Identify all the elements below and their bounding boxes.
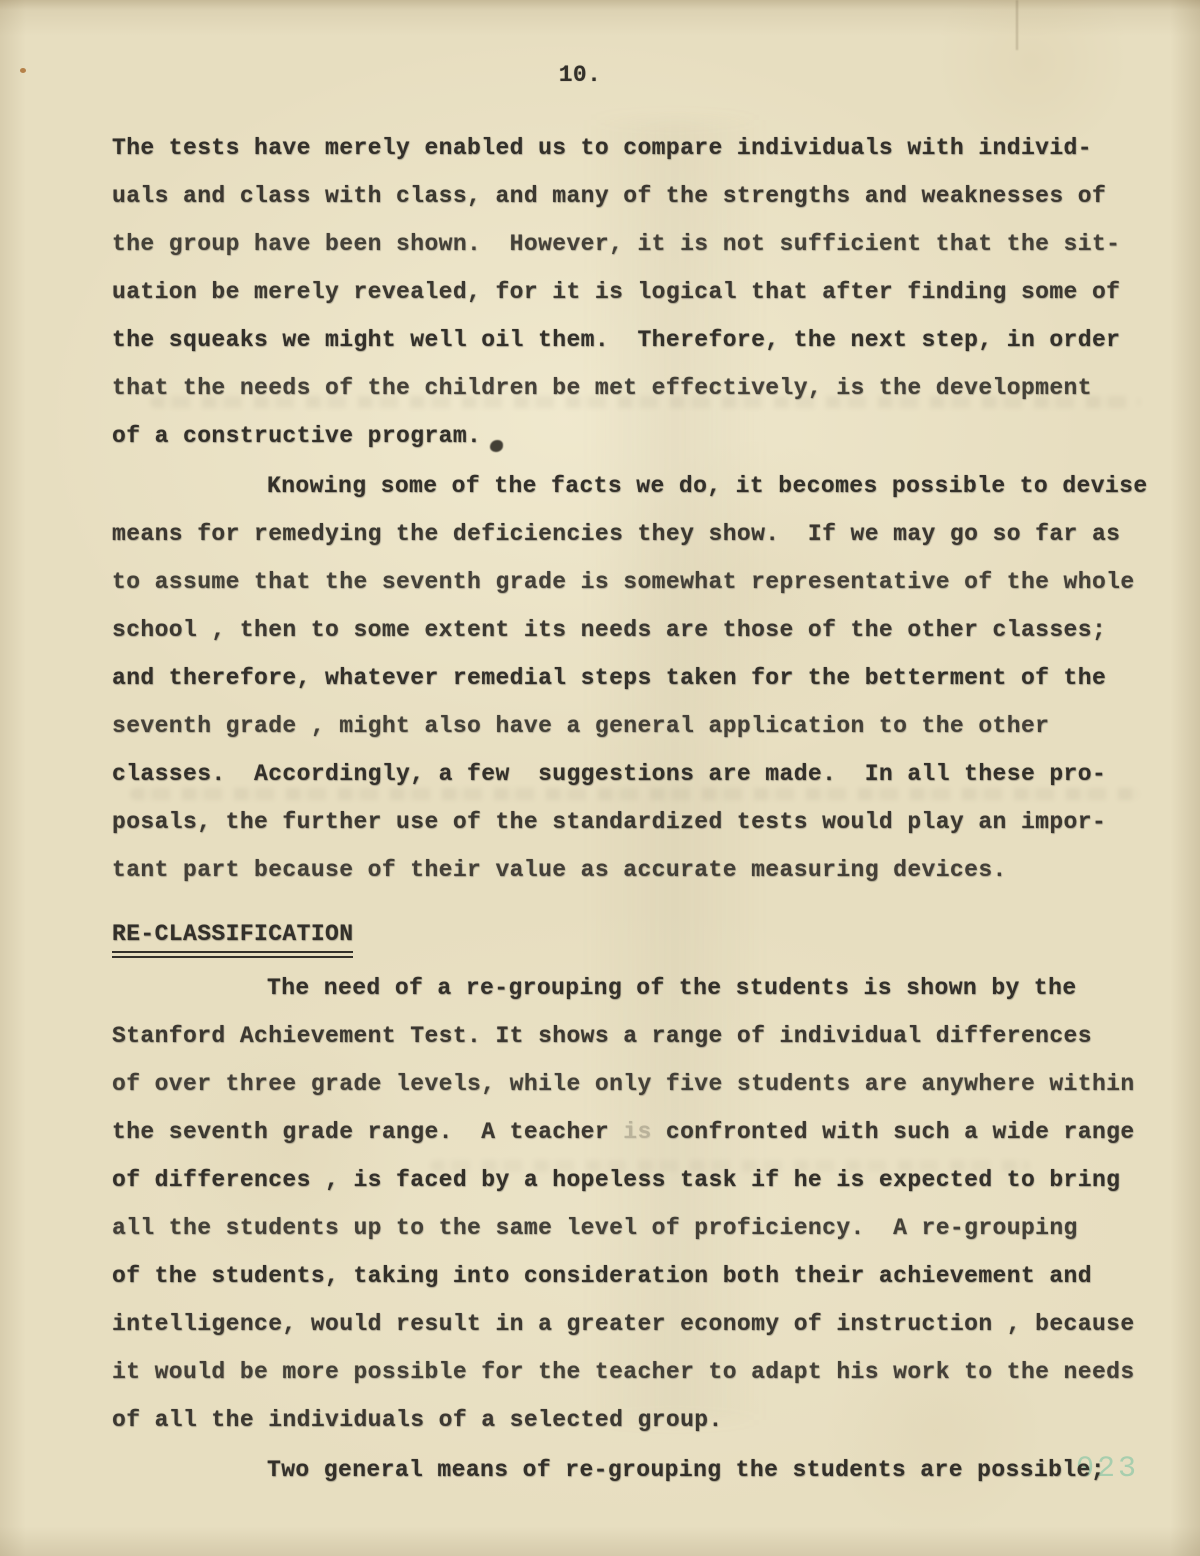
paragraph-4: Two general means of re-grouping the stu…	[112, 1446, 1172, 1494]
text-line: Knowing some of the facts we do, it beco…	[112, 462, 1172, 510]
text-line: and therefore, whatever remedial steps t…	[112, 654, 1172, 702]
text-line: tant part because of their value as accu…	[112, 846, 1172, 894]
text-line: seventh grade , might also have a genera…	[112, 702, 1172, 750]
text-line: uation be merely revealed, for it is log…	[112, 268, 1172, 316]
paragraph-2: Knowing some of the facts we do, it beco…	[112, 462, 1172, 894]
text-line: of all the individuals of a selected gro…	[112, 1396, 1172, 1444]
paragraph-1: The tests have merely enabled us to comp…	[112, 124, 1172, 460]
text-segment: confronted with such a wide range	[652, 1119, 1135, 1145]
text-line: of a constructive program.	[112, 412, 1172, 460]
text-line: of differences , is faced by a hopeless …	[112, 1156, 1172, 1204]
scanned-page: 023 10. The tests have merely enabled us…	[0, 0, 1200, 1556]
text-line: Two general means of re-grouping the stu…	[112, 1446, 1172, 1494]
text-line: uals and class with class, and many of t…	[112, 172, 1172, 220]
text-line: school , then to some extent its needs a…	[112, 606, 1172, 654]
text-line: The need of a re-grouping of the student…	[112, 964, 1172, 1012]
text-line: the group have been shown. However, it i…	[112, 220, 1172, 268]
paper-crease	[1016, 0, 1018, 50]
text-line: of the students, taking into considerati…	[112, 1252, 1172, 1300]
text-line: the squeaks we might well oil them. Ther…	[112, 316, 1172, 364]
text-segment: the seventh grade range. A teacher	[112, 1119, 623, 1145]
text-line: means for remedying the deficiencies the…	[112, 510, 1172, 558]
text-line: Stanford Achievement Test. It shows a ra…	[112, 1012, 1172, 1060]
page-number: 10.	[0, 58, 1160, 92]
text-line: classes. Accordingly, a few suggestions …	[112, 750, 1172, 798]
text-line: that the needs of the children be met ef…	[112, 364, 1172, 412]
text-line: intelligence, would result in a greater …	[112, 1300, 1172, 1348]
text-line: it would be more possible for the teache…	[112, 1348, 1172, 1396]
text-line: the seventh grade range. A teacher is co…	[112, 1108, 1172, 1156]
paragraph-3: The need of a re-grouping of the student…	[112, 964, 1172, 1444]
text-line: of over three grade levels, while only f…	[112, 1060, 1172, 1108]
faded-word: is	[623, 1119, 651, 1145]
text-line: The tests have merely enabled us to comp…	[112, 124, 1172, 172]
text-line: posals, the further use of the standardi…	[112, 798, 1172, 846]
section-heading: RE-CLASSIFICATION	[112, 919, 353, 958]
text-line: to assume that the seventh grade is some…	[112, 558, 1172, 606]
text-line: all the students up to the same level of…	[112, 1204, 1172, 1252]
section-heading-text: RE-CLASSIFICATION	[112, 919, 353, 958]
